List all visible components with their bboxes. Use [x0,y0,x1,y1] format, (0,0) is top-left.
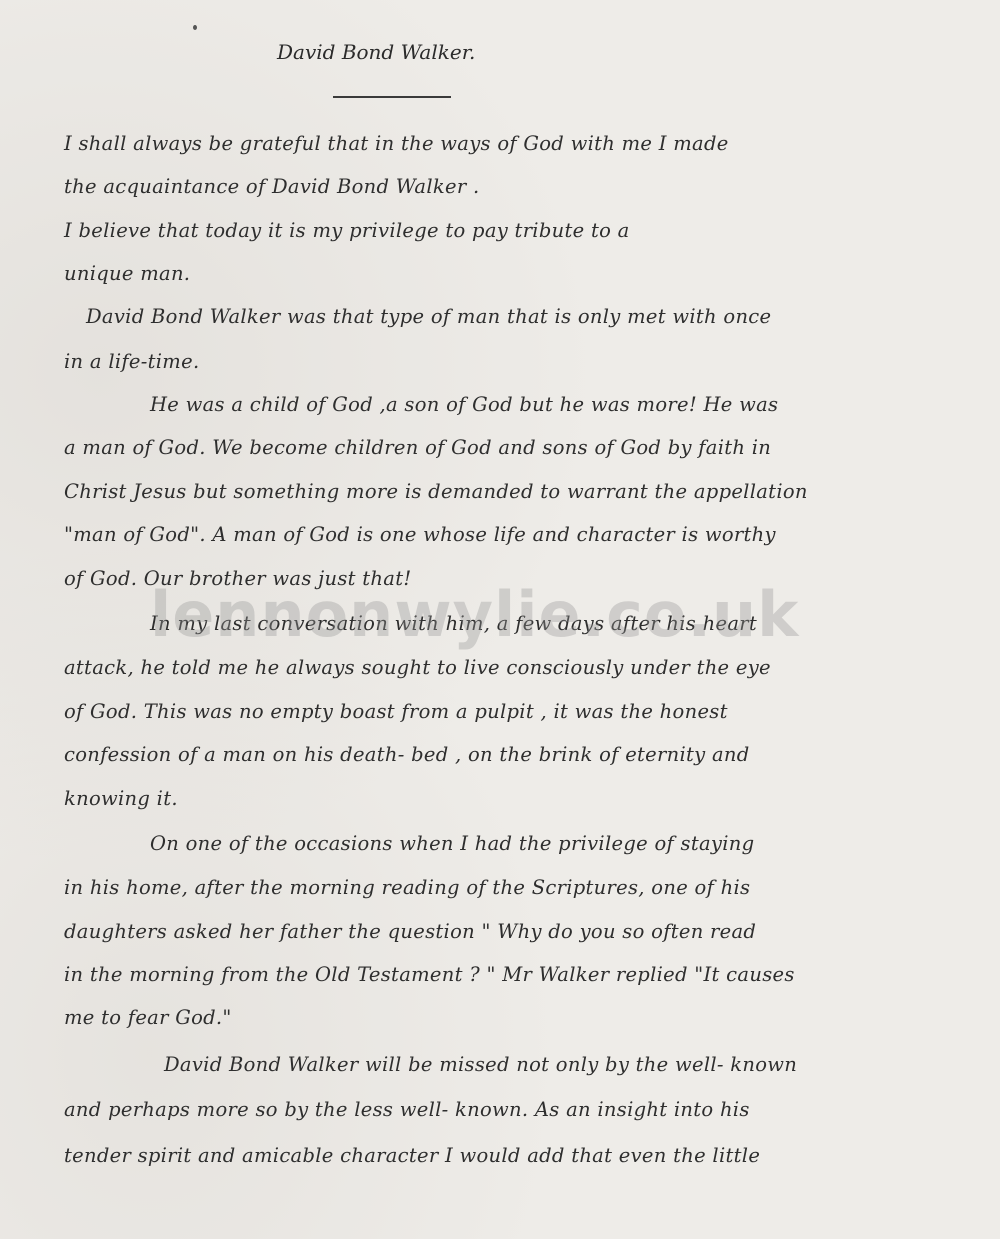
text-line: of God. Our brother was just that! [64,567,411,590]
text-line: a man of God. We become children of God … [64,436,771,459]
text-line: confession of a man on his death- bed , … [64,743,750,766]
text-line: knowing it. [64,787,178,810]
text-line: in the morning from the Old Testament ? … [64,963,795,986]
text-line: unique man. [64,262,190,285]
text-line: tender spirit and amicable character I w… [64,1144,760,1167]
text-line: daughters asked her father the question … [64,920,756,943]
text-line: Christ Jesus but something more is deman… [64,480,808,503]
document-title: David Bond Walker. [277,40,475,64]
text-line: David Bond Walker will be missed not onl… [164,1053,797,1076]
text-line: I believe that today it is my privilege … [64,219,630,242]
text-line: "man of God". A man of God is one whose … [64,523,776,546]
text-line: I shall always be grateful that in the w… [64,132,729,155]
text-line: of God. This was no empty boast from a p… [64,700,728,723]
text-line: in a life-time. [64,350,199,373]
text-line: He was a child of God ,a son of God but … [150,393,778,416]
text-line: On one of the occasions when I had the p… [150,832,754,855]
text-line: me to fear God." [64,1006,232,1029]
text-line: attack, he told me he always sought to l… [64,656,771,679]
text-line: In my last conversation with him, a few … [150,612,757,635]
ink-speck [193,25,197,30]
text-line: in his home, after the morning reading o… [64,876,750,899]
document-page: David Bond Walker. I shall always be gra… [0,0,1000,1239]
text-line: the acquaintance of David Bond Walker . [64,175,479,198]
title-underline [333,96,451,98]
text-line: and perhaps more so by the less well- kn… [64,1098,750,1121]
text-line: David Bond Walker was that type of man t… [86,305,771,328]
